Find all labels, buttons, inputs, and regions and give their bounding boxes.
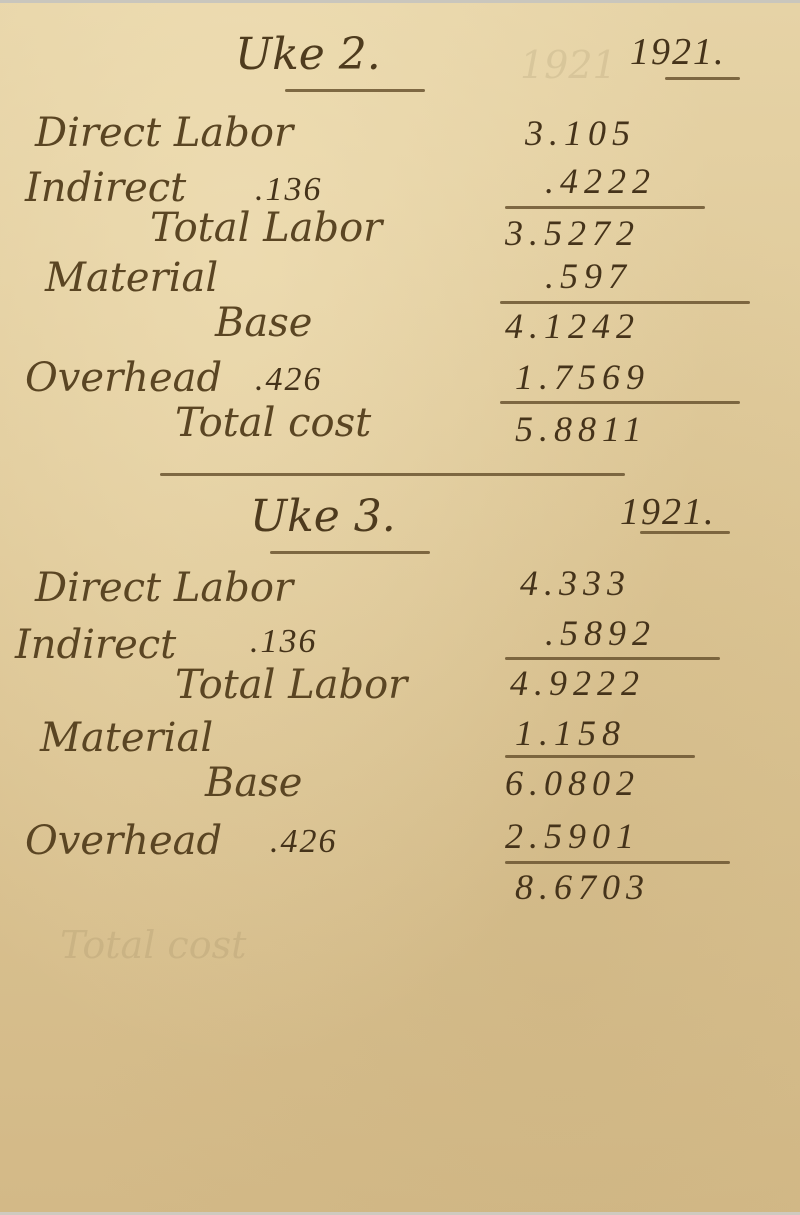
row-label-direct-labor: Direct Labor xyxy=(35,568,293,608)
sum-rule xyxy=(500,401,740,404)
row-rate-indirect: .136 xyxy=(255,173,323,207)
sum-rule xyxy=(500,301,750,304)
row-rate-overhead: .426 xyxy=(270,825,338,859)
row-value-total-cost: 5.8811 xyxy=(515,411,647,447)
sum-rule xyxy=(505,206,705,209)
row-value-direct-labor: 3.105 xyxy=(525,115,636,151)
row-label-total-labor: Total Labor xyxy=(150,208,382,248)
row-label-indirect: Indirect xyxy=(15,625,176,665)
year-underline xyxy=(665,77,740,80)
sum-rule xyxy=(505,755,695,758)
row-label-base: Base xyxy=(205,763,302,803)
bleed-through-text: 1921 xyxy=(520,43,617,87)
row-value-total-labor: 3.5272 xyxy=(505,215,640,251)
bleed-through-text: Total cost xyxy=(60,923,246,967)
row-value-overhead: 2.5901 xyxy=(505,818,640,854)
row-rate-overhead: .426 xyxy=(255,363,323,397)
row-label-direct-labor: Direct Labor xyxy=(35,113,293,153)
row-value-indirect: .4222 xyxy=(545,163,656,199)
section-year: 1921. xyxy=(630,33,726,71)
paper-sheet: 1921 Total cost Uke 2. 1921. Direct Labo… xyxy=(0,0,800,1215)
row-label-material: Material xyxy=(40,718,213,758)
title-underline xyxy=(285,89,425,92)
row-value-base: 4.1242 xyxy=(505,308,640,344)
section-year: 1921. xyxy=(620,493,716,531)
row-value-direct-labor: 4.333 xyxy=(520,565,631,601)
row-label-total-labor: Total Labor xyxy=(175,665,407,705)
row-value-material: .597 xyxy=(545,258,632,294)
row-value-overhead: 1.7569 xyxy=(515,359,650,395)
row-value-indirect: .5892 xyxy=(545,615,656,651)
section-title: Uke 2. xyxy=(235,33,381,77)
year-underline xyxy=(640,531,730,534)
title-underline xyxy=(270,551,430,554)
sum-rule xyxy=(505,657,720,660)
row-label-material: Material xyxy=(45,258,218,298)
row-value-base: 6.0802 xyxy=(505,765,640,801)
row-value-material: 1.158 xyxy=(515,715,626,751)
sum-rule xyxy=(505,861,730,864)
row-value-total-labor: 4.9222 xyxy=(510,665,645,701)
row-value-total: 8.6703 xyxy=(515,869,650,905)
row-label-overhead: Overhead xyxy=(25,358,222,398)
row-label-total-cost: Total cost xyxy=(175,403,371,443)
row-label-base: Base xyxy=(215,303,312,343)
section-title: Uke 3. xyxy=(250,495,396,539)
row-label-overhead: Overhead xyxy=(25,821,222,861)
section-divider xyxy=(160,473,625,476)
row-label-indirect: Indirect xyxy=(25,168,186,208)
row-rate-indirect: .136 xyxy=(250,625,318,659)
